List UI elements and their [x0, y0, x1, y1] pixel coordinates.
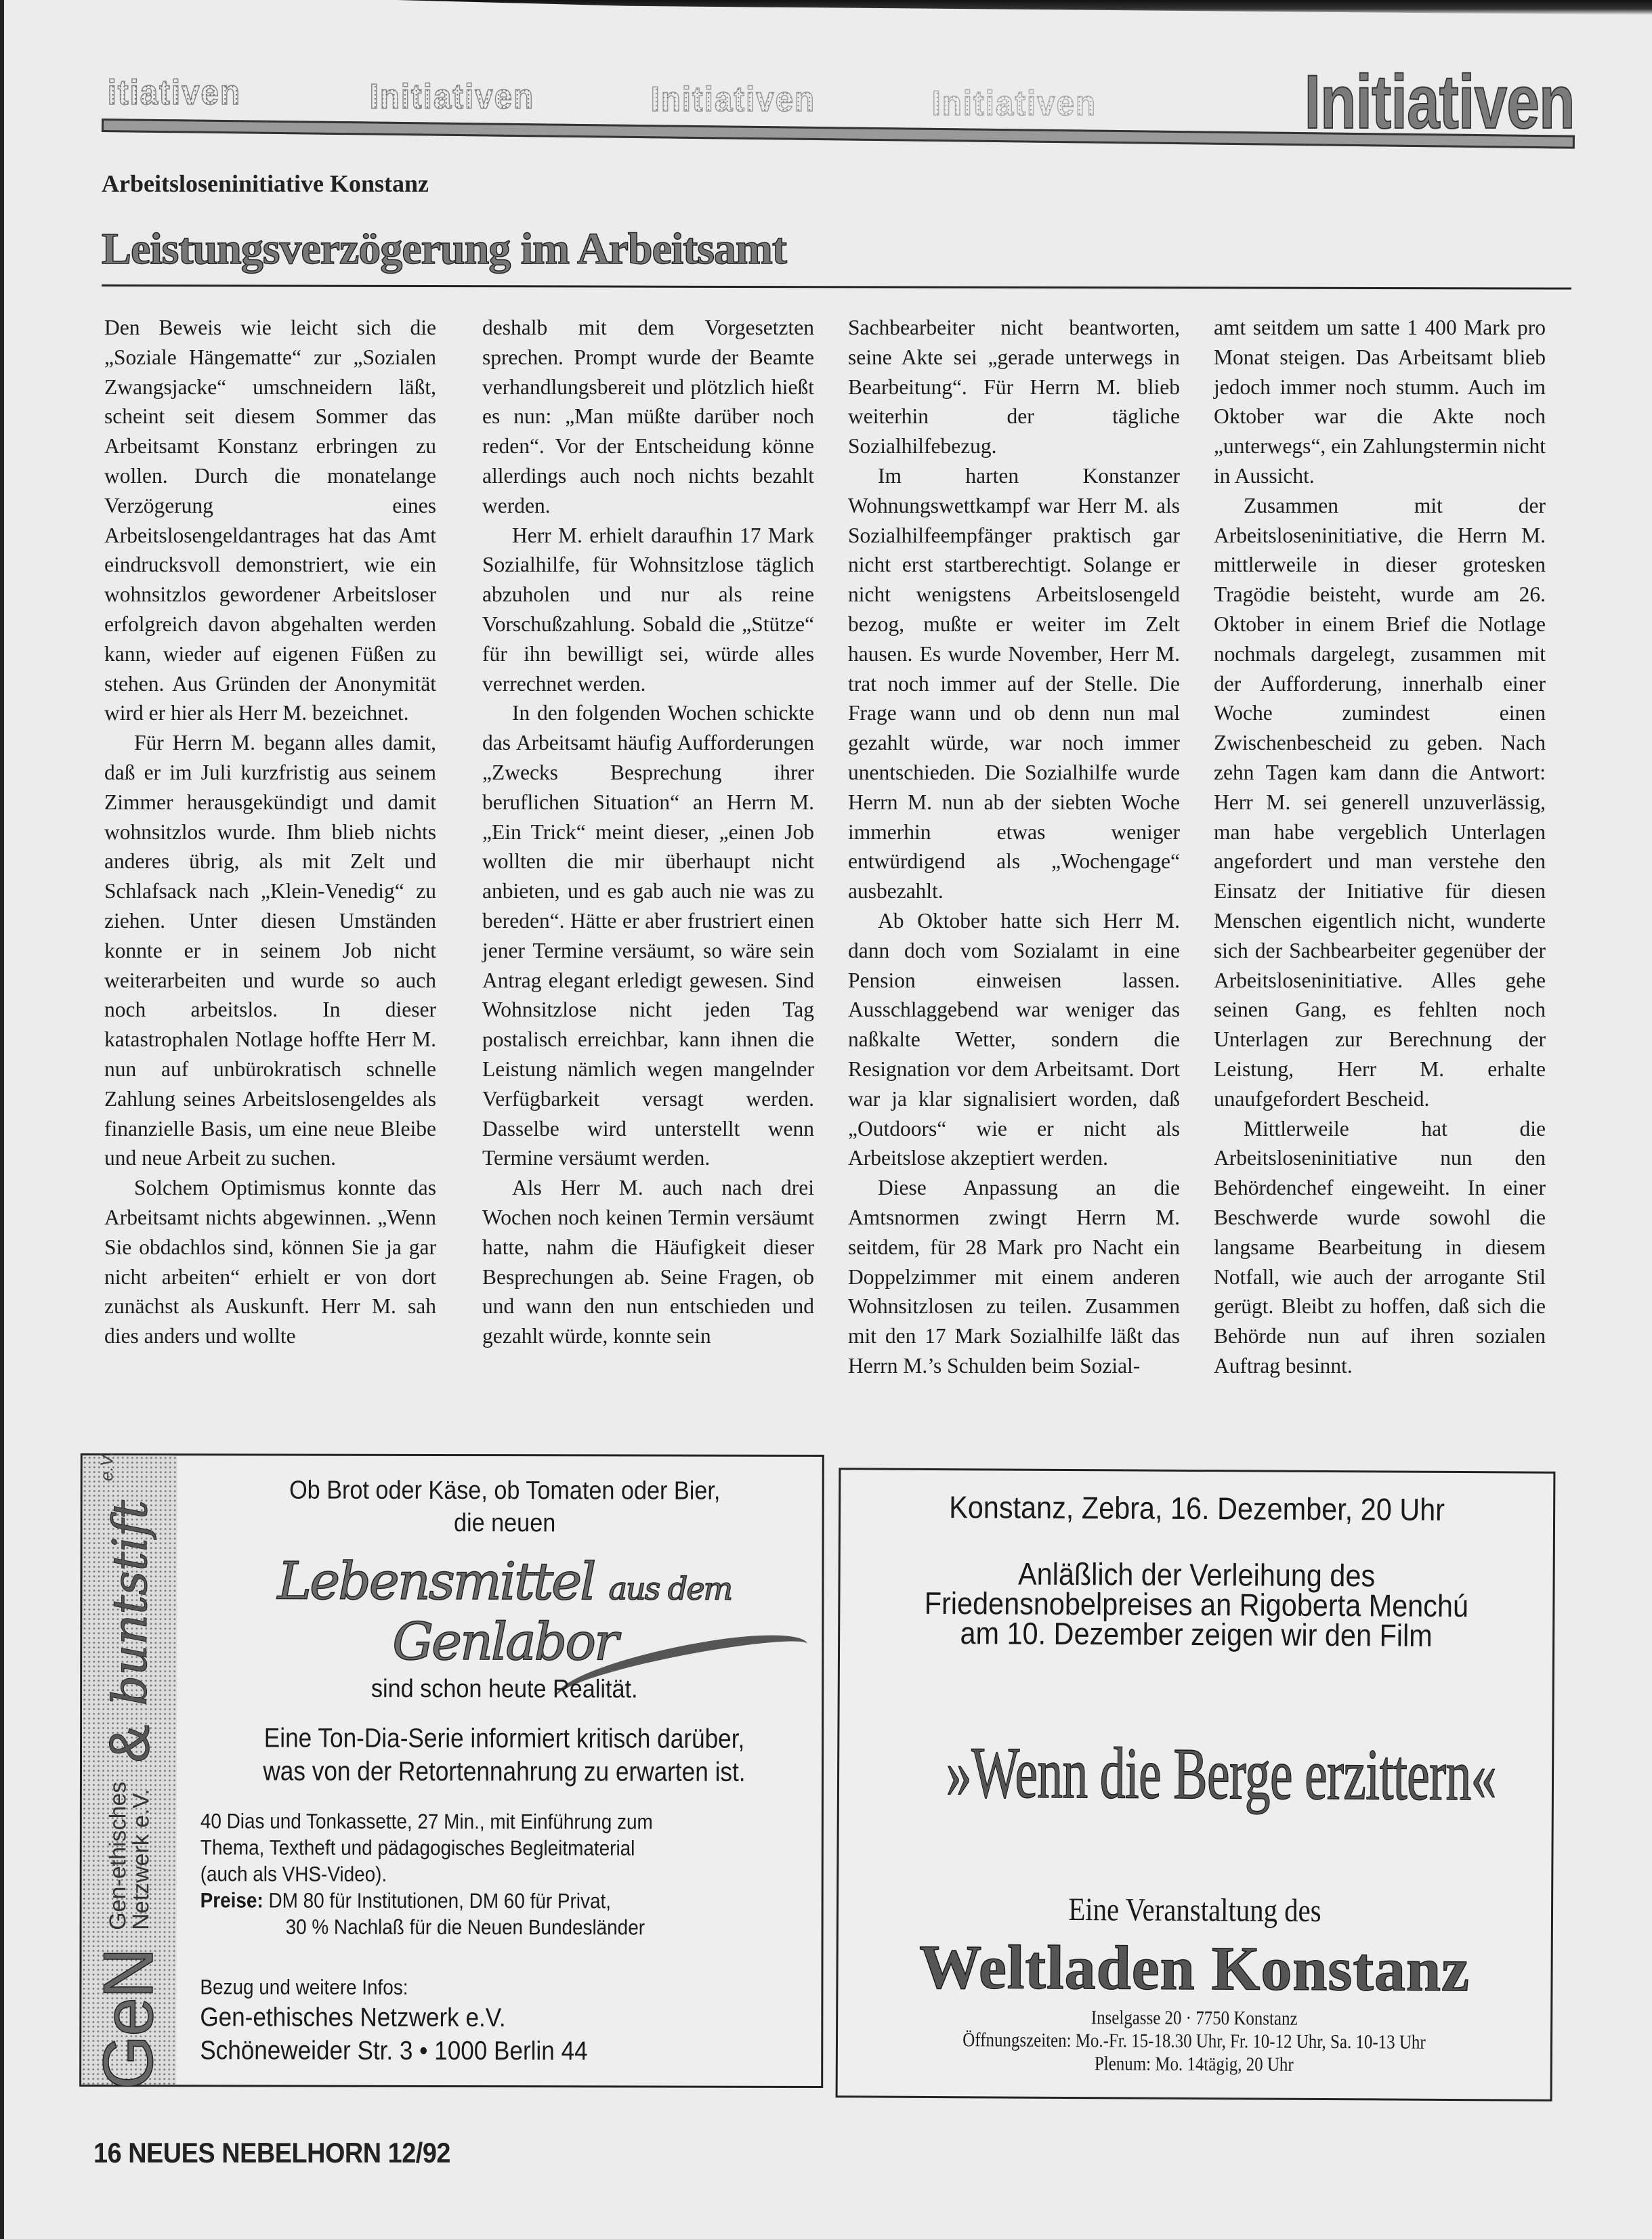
article-column-3: Sachbearbeiter nicht beantworten, seine … — [848, 313, 1180, 1381]
section-ghost-label: Initiativen — [932, 83, 1097, 124]
article-paragraph: Diese Anpassung an die Amtsnormen zwingt… — [848, 1173, 1180, 1381]
gen-logo: GeN — [89, 1949, 169, 2090]
section-ghost-label: itiativen — [108, 72, 241, 113]
gen-logo-subtitle: Gen-ethisches — [106, 1782, 129, 1930]
advertisement-weltladen-konstanz: Konstanz, Zebra, 16. Dezember, 20 Uhr An… — [836, 1468, 1556, 2102]
scan-left-edge — [0, 0, 4, 2239]
event-occasion: Anläßlich der Verleihung des Friedensnob… — [876, 1558, 1517, 1651]
article-kicker: Arbeitsloseninitiative Konstanz — [102, 169, 429, 198]
ad-address: Schöneweider Str. 3 • 1000 Berlin 44 — [200, 2034, 587, 2068]
article-paragraph: Für Herrn M. begann alles damit, daß er … — [104, 728, 436, 1173]
article-paragraph: Zusammen mit der Arbeitsloseninitiative,… — [1214, 491, 1546, 1114]
buntstift-logo: buntstift — [102, 1500, 158, 1706]
section-ghost-label: Initiativen — [370, 77, 535, 117]
buntstift-suffix: e.V. — [96, 1451, 117, 1481]
ad-reality: sind schon heute Realität. — [231, 1674, 778, 1704]
article-paragraph: In den folgenden Wochen schickte das Arb… — [482, 698, 814, 1173]
event-when: Konstanz, Zebra, 16. Dezember, 20 Uhr — [876, 1489, 1518, 1529]
ad-description: Eine Ton-Dia-Serie informiert kritisch d… — [237, 1722, 772, 1789]
section-ghost-label: Initiativen — [651, 79, 816, 120]
article-paragraph: amt seitdem um satte 1 400 Mark pro Mona… — [1214, 313, 1546, 491]
article-headline: Leistungsverzögerung im Arbeitsamt — [102, 223, 786, 275]
ad-order-info: Bezug und weitere Infos: Gen-ethisches N… — [200, 1974, 588, 2068]
ampersand: & — [97, 1724, 163, 1762]
article-paragraph: Herr M. erhielt daraufhin 17 Mark Sozial… — [482, 521, 814, 699]
gen-logo-subtitle: Netzwerk e.V. — [129, 1782, 152, 1930]
advertisement-gen-ethisches-netzwerk: GeN Gen-ethisches Netzwerk e.V. & buntst… — [79, 1453, 824, 2088]
article-column-4: amt seitdem um satte 1 400 Mark pro Mona… — [1214, 313, 1546, 1381]
ad-intro: Ob Brot oder Käse, ob Tomaten oder Bier,… — [231, 1474, 778, 1539]
ad-prices: Preise: DM 80 für Institutionen, DM 60 f… — [200, 1887, 700, 1914]
article-column-1: Den Beweis wie leicht sich die „Soziale … — [104, 313, 436, 1351]
event-organizer-label: Eine Veranstaltung des — [892, 1890, 1498, 1931]
organizer-info: Inselgasse 20 · 7750 Konstanz Öffnungsze… — [887, 2005, 1500, 2078]
article-paragraph: Im harten Konstanzer Wohnungswettkampf w… — [848, 461, 1180, 906]
organizer-name: Weltladen Konstanz — [838, 1930, 1551, 2006]
article-paragraph: deshalb mit dem Vorgesetzten sprechen. P… — [482, 313, 814, 521]
article-paragraph: Als Herr M. auch nach drei Wochen noch k… — [482, 1173, 814, 1351]
headline-rule — [102, 284, 1571, 290]
article-paragraph: Sachbearbeiter nicht beantworten, seine … — [848, 313, 1180, 461]
page-footer: 16 NEUES NEBELHORN 12/92 — [93, 2137, 450, 2169]
section-title: Initiativen — [1305, 64, 1575, 140]
article-paragraph: Solchem Optimismus konnte das Arbeitsamt… — [104, 1173, 436, 1351]
article-paragraph: Den Beweis wie leicht sich die „Soziale … — [104, 313, 436, 728]
article-body: Den Beweis wie leicht sich die „Soziale … — [100, 313, 1575, 1424]
article-column-2: deshalb mit dem Vorgesetzten sprechen. P… — [482, 313, 814, 1351]
scan-top-edge — [0, 0, 1652, 15]
ad-org-name: Gen-ethisches Netzwerk e.V. — [200, 2001, 587, 2034]
ad-details: 40 Dias und Tonkassette, 27 Min., mit Ei… — [200, 1808, 700, 1940]
ad-side-strip: GeN Gen-ethisches Netzwerk e.V. & buntst… — [81, 1455, 177, 2085]
article-paragraph: Mittlerweile hat die Arbeitsloseninitiat… — [1214, 1114, 1546, 1381]
article-paragraph: Ab Oktober hatte sich Herr M. dann doch … — [848, 906, 1180, 1173]
film-title: »Wenn die Berge erzittern« — [946, 1731, 1445, 1818]
